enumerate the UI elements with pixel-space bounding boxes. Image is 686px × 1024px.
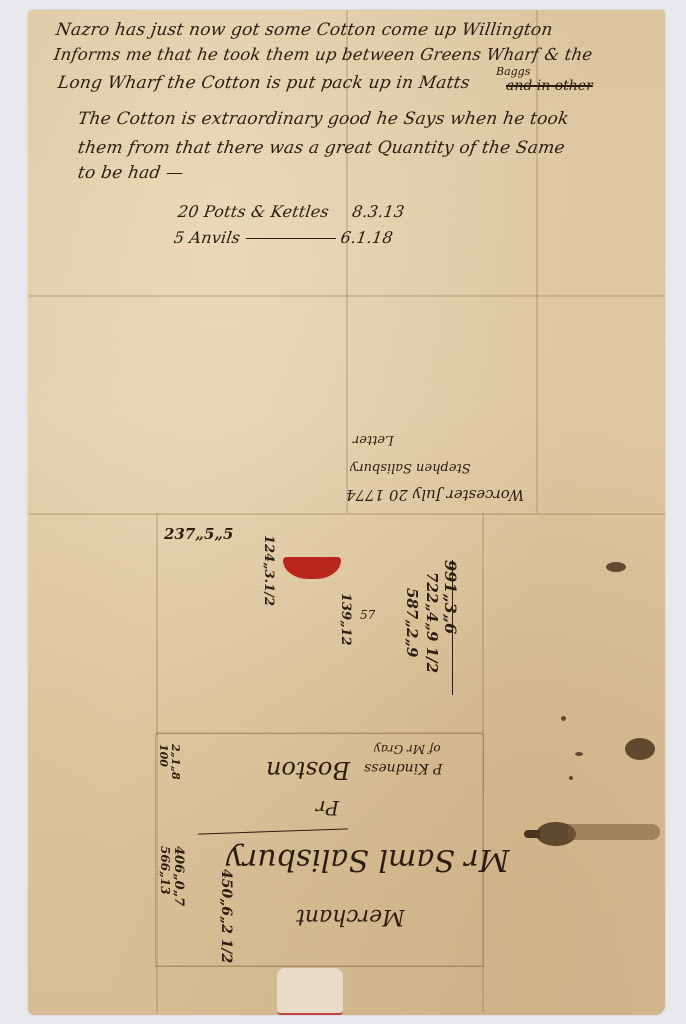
flourish-line [198, 828, 348, 834]
reckoning-mark: 57 [360, 608, 375, 622]
account-row: 5 Anvils 6.1.18 [173, 228, 395, 247]
seal-remnant [277, 968, 343, 1015]
reckoning-figure: 139„12 [338, 593, 353, 646]
water-stain-streak [568, 824, 660, 840]
forwarding-line: P Kindness [364, 760, 442, 776]
address-panel: of Mr Gray P Kindness Boston Pr Mr Saml … [155, 733, 484, 967]
reckoning-figure: 124„3.1/2 [261, 535, 276, 606]
address-city: Boston [266, 756, 350, 784]
margin-figure: 2„1„8 [169, 744, 182, 780]
ink-splatter [569, 776, 573, 780]
letter-line: Long Wharf the Cotton is put pack up in … [57, 73, 472, 93]
document-photo: Nazro has just now got some Cotton come … [0, 0, 686, 1024]
account-qty: 5 [173, 228, 186, 247]
sum-rule [452, 560, 453, 695]
docket-line: Worcester July 20 1774 [346, 486, 524, 504]
ink-blot [625, 738, 655, 760]
account-amount: 6.1.18 [339, 228, 394, 247]
red-wax-seal [283, 557, 341, 579]
account-row: 20 Potts & Kettles 8.3.13 [177, 202, 406, 221]
account-qty: 20 [177, 202, 200, 221]
margin-figure: 406„0„7 [171, 846, 186, 906]
account-item: Anvils [188, 228, 241, 247]
letter-line: Nazro has just now got some Cotton come … [55, 20, 554, 40]
margin-figure: 566„13 [158, 846, 172, 895]
address-favour: Pr [316, 796, 339, 820]
ink-splatter [561, 716, 566, 721]
address-title: Merchant [296, 904, 405, 929]
reckoning-column: 587„2„9 [403, 588, 421, 657]
struck-text: and in other [506, 78, 593, 94]
letter-sheet: Nazro has just now got some Cotton come … [28, 10, 665, 1015]
reckoning-figure: 237„5„5 [164, 525, 233, 543]
reckoning-column: 722„4„9 1/2 [423, 572, 441, 673]
forwarding-line: of Mr Gray [374, 742, 441, 756]
interlinear-insert: Baggs [496, 65, 530, 78]
account-dash [245, 238, 335, 239]
address-recipient: Mr Saml Salisbury [226, 842, 509, 877]
letter-line: to be had — [77, 163, 185, 183]
docket-line: Letter [353, 432, 394, 447]
ink-splatter [575, 752, 583, 756]
letter-line: The Cotton is extraordinary good he Says… [77, 109, 570, 129]
ink-blot [606, 562, 626, 572]
ink-tail [524, 830, 540, 838]
fold-line-horizontal [28, 513, 665, 515]
margin-figure: 450„6„2 1/2 [218, 869, 234, 963]
letter-line: them from that there was a great Quantit… [77, 138, 567, 158]
letter-line: Informs me that he took them up between … [53, 45, 594, 64]
docket-line: Stephen Salisbury [350, 460, 471, 475]
account-item: Potts & Kettles [203, 202, 331, 221]
account-amount: 8.3.13 [351, 202, 406, 221]
reckoning-column: 991„3„6 [441, 560, 460, 634]
